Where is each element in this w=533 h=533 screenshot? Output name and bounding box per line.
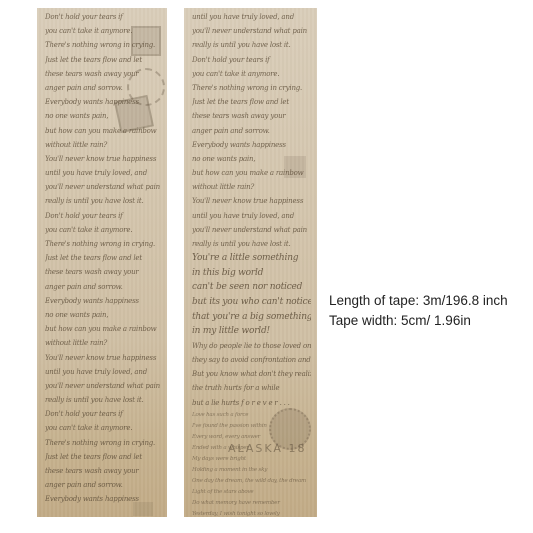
script-line: you'll never understand what pain — [192, 223, 311, 237]
script-line: Yesterday, I wish tonight so lovely — [192, 509, 311, 517]
postage-stamp-icon — [284, 156, 306, 178]
script-line: can't be seen nor noticed — [192, 280, 311, 295]
postage-stamp-icon — [131, 26, 161, 56]
script-line: you can't take it anymore. — [45, 223, 161, 237]
script-line: they say to avoid confrontation and hurt… — [192, 353, 311, 367]
script-line: no one wants pain, — [45, 308, 161, 322]
script-line: you'll never understand what pain — [45, 180, 161, 194]
script-line: really is until you have lost it. — [45, 194, 161, 208]
script-line: Don't hold your tears if — [45, 10, 161, 24]
script-line: until you have truly loved, and — [192, 10, 311, 24]
script-line: You'll never know true happiness — [45, 351, 161, 365]
script-line: until you have truly loved, and — [45, 365, 161, 379]
script-line: these tears wash away your — [192, 109, 311, 123]
script-line: without little rain? — [45, 138, 161, 152]
script-line: without little rain? — [192, 180, 311, 194]
postage-stamp-icon — [133, 502, 153, 516]
script-line: Just let the tears flow and let — [45, 450, 161, 464]
stamp-label: ALASKA 18 — [228, 442, 306, 455]
tape-width-spec: Tape width: 5cm/ 1.96in — [329, 313, 471, 328]
script-line: but its you who can't notice — [192, 295, 311, 310]
script-line: you can't take it anymore. — [45, 421, 161, 435]
script-line: anger pain and sorrow. — [45, 280, 161, 294]
script-line: You're a little something — [192, 251, 311, 266]
script-line: You'll never know true happiness — [192, 194, 311, 208]
script-line: in my little world! — [192, 324, 311, 339]
script-line: Don't hold your tears if — [45, 209, 161, 223]
script-line: without little rain? — [45, 336, 161, 350]
script-line: the truth hurts for a while — [192, 381, 311, 395]
script-line: My days were bright — [192, 454, 311, 465]
script-line: Everybody wants happiness — [192, 138, 311, 152]
script-line: really is until you have lost it. — [192, 38, 311, 52]
script-line: Just let the tears flow and let — [192, 95, 311, 109]
script-line: you'll never understand what pain — [192, 24, 311, 38]
script-line: anger pain and sorrow. — [192, 124, 311, 138]
script-line: Just let the tears flow and let — [45, 251, 161, 265]
washi-tape-strip-left: Don't hold your tears ifyou can't take i… — [37, 8, 167, 517]
script-line: Light of the stars above — [192, 487, 311, 498]
script-line: really is until you have lost it. — [192, 237, 311, 251]
script-line: these tears wash away your — [45, 265, 161, 279]
script-line: Don't hold your tears if — [192, 53, 311, 67]
script-line: until you have truly loved, and — [45, 166, 161, 180]
script-line: until you have truly loved, and — [192, 209, 311, 223]
script-line: But you know what don't they realize — [192, 367, 311, 381]
script-line: There's nothing wrong in crying. — [45, 237, 161, 251]
tape-length-spec: Length of tape: 3m/196.8 inch — [329, 293, 508, 308]
script-line: There's nothing wrong in crying. — [45, 436, 161, 450]
script-line: in this big world — [192, 266, 311, 281]
script-line: you can't take it anymore. — [192, 67, 311, 81]
script-line: really is until you have lost it. — [45, 393, 161, 407]
script-line: You'll never know true happiness — [45, 152, 161, 166]
script-line: Everybody wants happiness — [45, 294, 161, 308]
script-line: you'll never understand what pain — [45, 379, 161, 393]
script-line: Holding a moment in the sky — [192, 465, 311, 476]
script-line: Do what memory have remember — [192, 498, 311, 509]
script-line: that you're a big something — [192, 310, 311, 325]
script-line: Don't hold your tears if — [45, 407, 161, 421]
script-line: these tears wash away your — [45, 464, 161, 478]
script-line: but how can you make a rainbow — [45, 322, 161, 336]
script-line: Why do people lie to those loved one? — [192, 339, 311, 353]
script-line: There's nothing wrong in crying. — [192, 81, 311, 95]
script-line: anger pain and sorrow. — [45, 478, 161, 492]
script-line: One day the dream, the wild day, the dre… — [192, 476, 311, 487]
washi-tape-strip-right: until you have truly loved, andyou'll ne… — [184, 8, 317, 517]
